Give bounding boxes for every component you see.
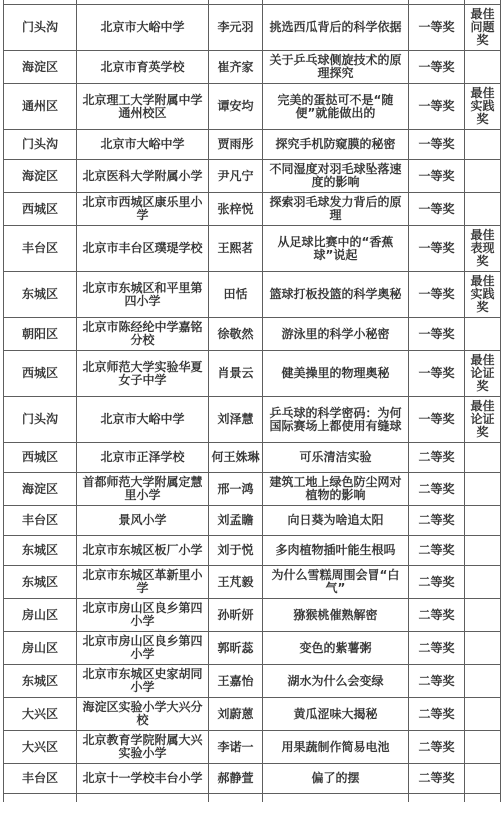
cell-project-title: 不同湿度对羽毛球坠落速度的影响 xyxy=(263,160,409,193)
cell-project-title: 可乐清洁实验 xyxy=(263,443,409,473)
cell-school: 北京市育英学校 xyxy=(77,51,209,84)
cell-project-title: 篮球打板投篮的科学奥秘 xyxy=(263,272,409,318)
cell-award-level: 一等奖 xyxy=(409,5,465,51)
cell-district: 门头沟 xyxy=(4,397,77,443)
table-row: 东城区 北京市东城区板厂小学 刘于悦 多肉植物插叶能生根吗 二等奖 xyxy=(4,536,501,566)
table-row: 门头沟 北京市大峪中学 贾雨彤 探究手机防窥膜的秘密 一等奖 xyxy=(4,130,501,160)
cell-district: 房山区 xyxy=(4,632,77,665)
cell-school: 北京市东城区革新里小学 xyxy=(77,566,209,599)
cell-student-name: 刘于悦 xyxy=(209,536,263,566)
cell-district: 西城区 xyxy=(4,351,77,397)
cell-district: 丰台区 xyxy=(4,506,77,536)
cell-school: 海淀区实验小学大兴分校 xyxy=(77,698,209,731)
cell-school: 北京理工大学附属中学通州校区 xyxy=(77,84,209,130)
cell-district: 海淀区 xyxy=(4,51,77,84)
awards-table-body: 门头沟 北京市大峪中学 李元羽 挑选西瓜背后的科学依据 一等奖 最佳问题奖 海淀… xyxy=(4,0,501,802)
table-row: 西城区 北京师范大学实验华夏女子中学 肖景云 健美操里的物理奥秘 一等奖 最佳论… xyxy=(4,351,501,397)
cell-project-title: 黄瓜涩味大揭秘 xyxy=(263,698,409,731)
cell-school: 北京教育学院附属大兴实验小学 xyxy=(77,731,209,764)
cell-award-level: 一等奖 xyxy=(409,84,465,130)
cell-special-award xyxy=(465,764,501,794)
cell-award-level: 二等奖 xyxy=(409,599,465,632)
cell-special-award xyxy=(465,566,501,599)
table-row: 大兴区 北京教育学院附属大兴实验小学 李诺一 用果蔬制作简易电池 二等奖 xyxy=(4,731,501,764)
cell-student-name: 贾雨彤 xyxy=(209,130,263,160)
cell-student-name: 孙昕妍 xyxy=(209,599,263,632)
cell-project-title: 健美操里的物理奥秘 xyxy=(263,351,409,397)
cell-district: 东城区 xyxy=(4,536,77,566)
cell-district: 大兴区 xyxy=(4,731,77,764)
cell-project-title: 偏了的摆 xyxy=(263,764,409,794)
cell-district: 丰台区 xyxy=(4,226,77,272)
cell-award-level: 一等奖 xyxy=(409,51,465,84)
cell-school: 北京市西城区康乐里小学 xyxy=(77,193,209,226)
cell-award-level xyxy=(409,794,465,803)
cell-district: 东城区 xyxy=(4,665,77,698)
cell-school: 北京十一学校丰台小学 xyxy=(77,764,209,794)
cell-project-title: 猕猴桃催熟解密 xyxy=(263,599,409,632)
cell-student-name: 郝静萱 xyxy=(209,764,263,794)
cell-district: 大兴区 xyxy=(4,698,77,731)
cell-district: 房山区 xyxy=(4,599,77,632)
cell-school: 景风小学 xyxy=(77,506,209,536)
cell-district: 朝阳区 xyxy=(4,318,77,351)
cell-school: 北京市丰台区璞瑅学校 xyxy=(77,226,209,272)
cell-project-title: 挑选西瓜背后的科学依据 xyxy=(263,5,409,51)
cell-special-award xyxy=(465,506,501,536)
cell-school: 北京市房山区良乡第四小学 xyxy=(77,632,209,665)
cell-special-award xyxy=(465,130,501,160)
table-row: 朝阳区 北京市陈经纶中学嘉铭分校 徐敬然 游泳里的科学小秘密 一等奖 xyxy=(4,318,501,351)
cell-district: 西城区 xyxy=(4,193,77,226)
cell-student-name: 王熙茗 xyxy=(209,226,263,272)
cell-district: 门头沟 xyxy=(4,130,77,160)
cell-school: 北京市东城区板厂小学 xyxy=(77,536,209,566)
cell-award-level: 一等奖 xyxy=(409,397,465,443)
cell-special-award: 最佳论证奖 xyxy=(465,397,501,443)
table-row: 丰台区 北京市丰台区璞瑅学校 王熙茗 从足球比赛中的“香蕉球”说起 一等奖 最佳… xyxy=(4,226,501,272)
cell-project-title: 乒乓球的科学密码：为何国际赛场上都使用有缝球 xyxy=(263,397,409,443)
cell-project-title: 从足球比赛中的“香蕉球”说起 xyxy=(263,226,409,272)
cell-project-title: 用果蔬制作简易电池 xyxy=(263,731,409,764)
cell-special-award xyxy=(465,193,501,226)
cell-project-title: 变色的紫薯粥 xyxy=(263,632,409,665)
cell-award-level: 一等奖 xyxy=(409,226,465,272)
cell-special-award xyxy=(465,160,501,193)
table-row: 丰台区 北京十一学校丰台小学 郝静萱 偏了的摆 二等奖 xyxy=(4,764,501,794)
cell-project-title: 多肉植物插叶能生根吗 xyxy=(263,536,409,566)
cell-school: 北京市大峪中学 xyxy=(77,130,209,160)
cell-award-level: 一等奖 xyxy=(409,160,465,193)
table-row: 房山区 北京市房山区良乡第四小学 郭昕蕊 变色的紫薯粥 二等奖 xyxy=(4,632,501,665)
cell-student-name: 刘孟瞻 xyxy=(209,506,263,536)
cell-student-name: 张梓悦 xyxy=(209,193,263,226)
cell-district: 门头沟 xyxy=(4,5,77,51)
cell-school: 北京医科大学附属小学 xyxy=(77,160,209,193)
cell-special-award xyxy=(465,473,501,506)
cell-project-title: 为什么雪糕周围会冒“白气” xyxy=(263,566,409,599)
cell-project-title: 完美的蛋挞可不是“随便”就能做出的 xyxy=(263,84,409,130)
cell-student-name: 王嘉怡 xyxy=(209,665,263,698)
cell-special-award xyxy=(465,665,501,698)
cell-award-level: 二等奖 xyxy=(409,698,465,731)
cell-award-level: 二等奖 xyxy=(409,443,465,473)
cell-student-name: 田恬 xyxy=(209,272,263,318)
cell-special-award xyxy=(465,632,501,665)
cell-award-level: 二等奖 xyxy=(409,566,465,599)
cell-student-name: 王芃毅 xyxy=(209,566,263,599)
cell-special-award: 最佳实践奖 xyxy=(465,272,501,318)
cell-district: 东城区 xyxy=(4,272,77,318)
cell-school: 北京市正泽学校 xyxy=(77,443,209,473)
table-row: 海淀区 北京医科大学附属小学 尹凡宁 不同湿度对羽毛球坠落速度的影响 一等奖 xyxy=(4,160,501,193)
table-row: 门头沟 北京市大峪中学 李元羽 挑选西瓜背后的科学依据 一等奖 最佳问题奖 xyxy=(4,5,501,51)
cell-student-name: 徐敬然 xyxy=(209,318,263,351)
table-row: 海淀区 首都师范大学附属定慧里小学 邢一鸿 建筑工地上绿色防尘网对植物的影响 二… xyxy=(4,473,501,506)
cell-school: 北京市大峪中学 xyxy=(77,5,209,51)
cell-award-level: 二等奖 xyxy=(409,731,465,764)
cell-special-award: 最佳实践奖 xyxy=(465,84,501,130)
cell-special-award xyxy=(465,536,501,566)
cell-project-title: 湖水为什么会变绿 xyxy=(263,665,409,698)
cell-special-award xyxy=(465,51,501,84)
cell-award-level: 一等奖 xyxy=(409,351,465,397)
table-row: 东城区 北京市东城区史家胡同小学 王嘉怡 湖水为什么会变绿 二等奖 xyxy=(4,665,501,698)
awards-table: 门头沟 北京市大峪中学 李元羽 挑选西瓜背后的科学依据 一等奖 最佳问题奖 海淀… xyxy=(3,0,501,802)
cell-special-award xyxy=(465,794,501,803)
cell-student-name: 谭安均 xyxy=(209,84,263,130)
cell-special-award: 最佳问题奖 xyxy=(465,5,501,51)
cell-student-name: 李元羽 xyxy=(209,5,263,51)
cell-student-name: 邢一鸿 xyxy=(209,473,263,506)
cell-special-award xyxy=(465,443,501,473)
table-row: 东城区 北京市东城区革新里小学 王芃毅 为什么雪糕周围会冒“白气” 二等奖 xyxy=(4,566,501,599)
cell-award-level: 一等奖 xyxy=(409,318,465,351)
cell-special-award: 最佳论证奖 xyxy=(465,351,501,397)
cell-district: 东城区 xyxy=(4,566,77,599)
cell-student-name: 郭昕蕊 xyxy=(209,632,263,665)
table-row: 房山区 北京市房山区良乡第四小学 孙昕妍 猕猴桃催熟解密 二等奖 xyxy=(4,599,501,632)
cell-student-name: 何王姝琳 xyxy=(209,443,263,473)
table-row: 大兴区 海淀区实验小学大兴分校 刘蔚蒽 黄瓜涩味大揭秘 二等奖 xyxy=(4,698,501,731)
cell-award-level: 二等奖 xyxy=(409,506,465,536)
cell-district: 丰台区 xyxy=(4,764,77,794)
cell-school: 北京师范大学实验华夏女子中学 xyxy=(77,351,209,397)
cell-special-award xyxy=(465,599,501,632)
cell-special-award: 最佳表现奖 xyxy=(465,226,501,272)
cell-project-title: 关于乒乓球侧旋技术的原理探究 xyxy=(263,51,409,84)
cell-award-level: 二等奖 xyxy=(409,764,465,794)
cell-award-level: 二等奖 xyxy=(409,536,465,566)
cell-school: 北京市东城区史家胡同小学 xyxy=(77,665,209,698)
cell-school: 北京市房山区良乡第四小学 xyxy=(77,599,209,632)
table-row: 丰台区 景风小学 刘孟瞻 向日葵为啥追太阳 二等奖 xyxy=(4,506,501,536)
cell-student-name xyxy=(209,794,263,803)
cell-special-award xyxy=(465,318,501,351)
cell-award-level: 二等奖 xyxy=(409,665,465,698)
cell-project-title: 建筑工地上绿色防尘网对植物的影响 xyxy=(263,473,409,506)
cell-special-award xyxy=(465,698,501,731)
cell-school: 北京市大峪中学 xyxy=(77,397,209,443)
cell-project-title: 探索羽毛球发力背后的原理 xyxy=(263,193,409,226)
cell-district: 通州区 xyxy=(4,84,77,130)
cell-project-title xyxy=(263,794,409,803)
cell-district: 海淀区 xyxy=(4,473,77,506)
cell-district: 西城区 xyxy=(4,443,77,473)
cell-student-name: 刘蔚蒽 xyxy=(209,698,263,731)
cell-project-title: 游泳里的科学小秘密 xyxy=(263,318,409,351)
cell-district xyxy=(4,794,77,803)
table-row: 通州区 北京理工大学附属中学通州校区 谭安均 完美的蛋挞可不是“随便”就能做出的… xyxy=(4,84,501,130)
cell-award-level: 一等奖 xyxy=(409,130,465,160)
cell-award-level: 二等奖 xyxy=(409,632,465,665)
cell-special-award xyxy=(465,731,501,764)
table-row: 海淀区 北京市育英学校 崔齐家 关于乒乓球侧旋技术的原理探究 一等奖 xyxy=(4,51,501,84)
cell-school: 北京市东城区和平里第四小学 xyxy=(77,272,209,318)
cell-school: 首都师范大学附属定慧里小学 xyxy=(77,473,209,506)
cell-student-name: 肖景云 xyxy=(209,351,263,397)
table-row: 西城区 北京市正泽学校 何王姝琳 可乐清洁实验 二等奖 xyxy=(4,443,501,473)
cell-award-level: 一等奖 xyxy=(409,193,465,226)
cell-project-title: 探究手机防窥膜的秘密 xyxy=(263,130,409,160)
cell-school: 北京市陈经纶中学嘉铭分校 xyxy=(77,318,209,351)
document-page: 门头沟 北京市大峪中学 李元羽 挑选西瓜背后的科学依据 一等奖 最佳问题奖 海淀… xyxy=(0,0,504,814)
cell-school xyxy=(77,794,209,803)
cell-student-name: 崔齐家 xyxy=(209,51,263,84)
table-row-clipped-bottom xyxy=(4,794,501,803)
table-row: 门头沟 北京市大峪中学 刘泽慧 乒乓球的科学密码：为何国际赛场上都使用有缝球 一… xyxy=(4,397,501,443)
cell-project-title: 向日葵为啥追太阳 xyxy=(263,506,409,536)
cell-award-level: 二等奖 xyxy=(409,473,465,506)
table-row: 东城区 北京市东城区和平里第四小学 田恬 篮球打板投篮的科学奥秘 一等奖 最佳实… xyxy=(4,272,501,318)
cell-student-name: 李诺一 xyxy=(209,731,263,764)
table-row: 西城区 北京市西城区康乐里小学 张梓悦 探索羽毛球发力背后的原理 一等奖 xyxy=(4,193,501,226)
cell-student-name: 刘泽慧 xyxy=(209,397,263,443)
cell-student-name: 尹凡宁 xyxy=(209,160,263,193)
cell-district: 海淀区 xyxy=(4,160,77,193)
cell-award-level: 一等奖 xyxy=(409,272,465,318)
